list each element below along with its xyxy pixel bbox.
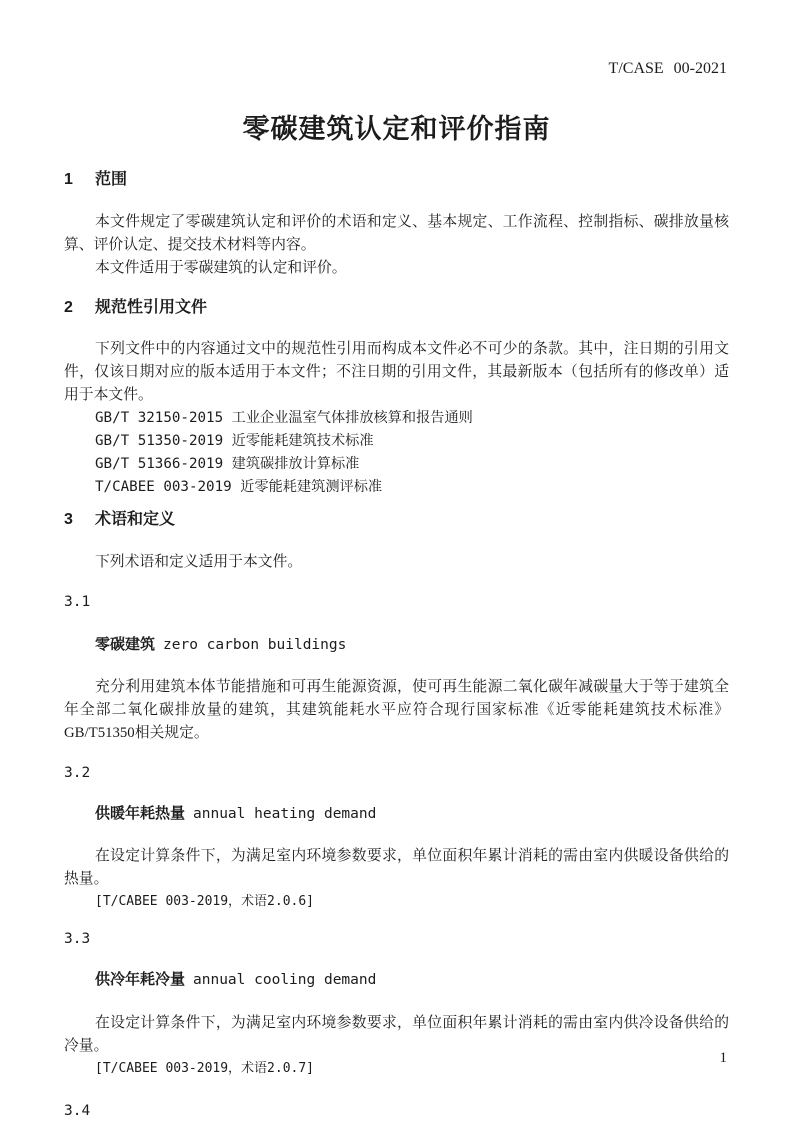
term-3-3-definition: 在设定计算条件下，为满足室内环境参数要求，单位面积年累计消耗的需由室内供冷设备供… [64,1012,729,1058]
term-3-2-title: 供暖年耗热量annual heating demand [64,802,729,826]
term-3-3-name-en: annual cooling demand [193,972,376,988]
section-1-paragraph-1: 本文件规定了零碳建筑认定和评价的术语和定义、基本规定、工作流程、控制指标、碳排放… [64,211,729,257]
term-3-3-id: 3.3 [64,928,729,951]
section-3-label: 术语和定义 [95,511,175,528]
term-3-1-name-zh: 零碳建筑 [95,636,155,653]
document-title: 零碳建筑认定和评价指南 [64,111,729,147]
term-3-4-id: 3.4 [64,1100,729,1122]
section-3-number: 3 [64,510,78,530]
term-3-1-definition: 充分利用建筑本体节能措施和可再生能源资源，使可再生能源二氧化碳年减碳量大于等于建… [64,676,729,745]
standard-reference-number: T/CASE 00-2021 [64,59,727,78]
term-3-3-title: 供冷年耗冷量annual cooling demand [64,968,729,992]
section-2-number: 2 [64,298,78,318]
term-3-3-name-zh: 供冷年耗冷量 [95,971,185,988]
term-3-2-id: 3.2 [64,762,729,785]
section-3-intro: 下列术语和定义适用于本文件。 [64,551,729,574]
reference-item: GB/T 32150-2015 工业企业温室气体排放核算和报告通则 [64,407,729,430]
section-2-paragraph-1: 下列文件中的内容通过文中的规范性引用而构成本文件必不可少的条款。其中，注日期的引… [64,338,729,407]
term-3-2-definition: 在设定计算条件下，为满足室内环境参数要求，单位面积年累计消耗的需由室内供暖设备供… [64,845,729,891]
section-3-heading: 3术语和定义 [64,510,729,530]
normative-references-list: GB/T 32150-2015 工业企业温室气体排放核算和报告通则 GB/T 5… [64,407,729,499]
section-2-heading: 2规范性引用文件 [64,298,729,318]
document-page: T/CASE 00-2021 零碳建筑认定和评价指南 1范围 本文件规定了零碳建… [0,0,793,1122]
section-1-number: 1 [64,170,78,190]
term-3-2-citation: [T/CABEE 003-2019，术语2.0.6] [64,891,729,913]
term-3-1-title: 零碳建筑zero carbon buildings [64,633,729,657]
section-1-heading: 1范围 [64,170,729,190]
reference-item: T/CABEE 003-2019 近零能耗建筑测评标准 [64,476,729,499]
section-2-label: 规范性引用文件 [95,299,207,316]
term-3-2-name-zh: 供暖年耗热量 [95,805,185,822]
reference-item: GB/T 51350-2019 近零能耗建筑技术标准 [64,430,729,453]
section-1-label: 范围 [95,171,127,188]
term-3-3-citation: [T/CABEE 003-2019，术语2.0.7] [64,1058,729,1080]
term-3-2-name-en: annual heating demand [193,806,376,822]
section-1-body: 本文件规定了零碳建筑认定和评价的术语和定义、基本规定、工作流程、控制指标、碳排放… [64,211,729,280]
page-number: 1 [720,1049,728,1067]
section-1-paragraph-2: 本文件适用于零碳建筑的认定和评价。 [64,257,729,280]
reference-item: GB/T 51366-2019 建筑碳排放计算标准 [64,453,729,476]
term-3-1-name-en: zero carbon buildings [163,637,346,653]
term-3-1-id: 3.1 [64,591,729,614]
